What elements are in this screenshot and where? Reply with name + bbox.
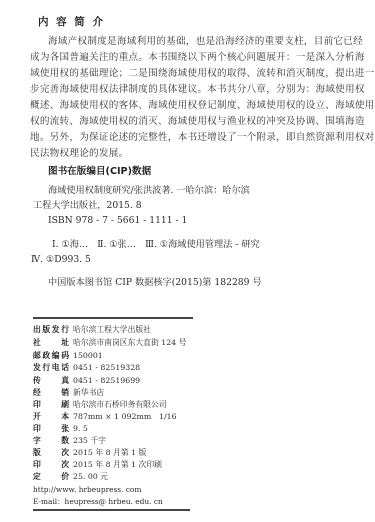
colophon-label: 社址 [33,338,69,348]
colophon-label: 经销 [33,388,69,398]
colophon-row: 字数235 千字 [33,436,106,446]
colophon-label: 印刷 [33,400,69,410]
bottom-divider [33,509,190,511]
top-divider [33,317,193,319]
colophon-label: 传真 [33,376,69,386]
colophon-row: 版次2015 年 8 月第 1 版 [33,448,146,458]
colophon-label: 印张 [33,424,69,434]
cip-classification: Ⅰ. ①海… Ⅱ. ①张… Ⅲ. ①海域使用管理法 - 研究 [52,239,260,251]
colophon-label: 邮政编码 [33,351,69,361]
colophon-value: 25. 00 元 [73,472,108,482]
colophon-value: 0451 - 82519699 [73,376,140,386]
cip-title-line: 海域使用权制度研究/张洪波著. 一哈尔滨：哈尔滨 [48,185,250,197]
colophon-row: 定价25. 00 元 [33,472,108,482]
colophon-row: 传真0451 - 82519699 [33,376,140,386]
colophon-row: 印刷哈尔滨市石桥印务有限公司 [33,400,167,410]
colophon-row: 邮政编码150001 [33,351,103,361]
summary-line: 民法物权理论的发展。 [30,148,128,160]
summary-line: 海域产权制度是海域利用的基础，也是沿海经济的重要支柱，目前它已经 [48,36,363,48]
colophon-value: 新华书店 [73,388,104,398]
colophon-value: 哈尔滨工程大学出版社 [73,325,151,335]
colophon-row: 印张9. 5 [33,424,88,434]
summary-title: 内 容 简 介 [38,14,105,29]
summary-line: 概述、海域使用权的客体、海域使用权登记制度、海域使用权的设立、海域使用 [30,100,375,112]
colophon-label: 字数 [33,436,69,446]
cip-record-number: 中国版本图书馆 CIP 数据核字(2015)第 182289 号 [48,277,262,289]
colophon-row: 经销新华书店 [33,388,104,398]
cip-publisher-line: 工程大学出版社，2015. 8 [33,200,142,212]
colophon-row: 开本787mm × 1 092mm 1/16 [33,412,177,422]
colophon-value: 2015 年 8 月第 1 版 [73,448,146,458]
cip-classification-code: Ⅳ. ①D993. 5 [31,254,91,266]
colophon-value: 150001 [73,351,103,361]
cip-isbn: ISBN 978 - 7 - 5661 - 1111 - 1 [48,215,187,227]
colophon-value: 9. 5 [73,424,88,434]
email-link[interactable]: E-mail：heupress@ hrbeu. edu. cn [33,496,163,507]
colophon-value: 哈尔滨市南岗区东大直街 124 号 [73,338,186,348]
colophon-label: 出版发行 [33,325,69,335]
summary-line: 域使用权的基础理论；二是围绕海域使用权的取得、流转和消灭制度，提出进一 [30,68,375,80]
colophon-row: 印次2015 年 8 月第 1 次印刷 [33,460,162,470]
colophon-label: 发行电话 [33,363,69,373]
colophon-value: 787mm × 1 092mm 1/16 [73,412,177,422]
colophon-row: 出版发行哈尔滨工程大学出版社 [33,325,151,335]
colophon-value: 0451 - 82519328 [73,363,140,373]
colophon-label: 印次 [33,460,69,470]
colophon-value: 哈尔滨市石桥印务有限公司 [73,400,167,410]
website-link[interactable]: http://www. hrbeupress. com [33,485,141,494]
colophon-row: 社址哈尔滨市南岗区东大直街 124 号 [33,338,186,348]
colophon-label: 版次 [33,448,69,458]
colophon-label: 定价 [33,472,69,482]
cip-title: 图书在版编目(CIP)数据 [48,163,151,177]
summary-line: 步完善海域使用权法律制度的具体建议。本书共分八章，分别为：海域使用权 [30,84,365,96]
summary-line: 权的流转、海域使用权的消灭、海域使用权与渔业权的冲突及协调、围填海造 [30,116,365,128]
colophon-label: 开本 [33,412,69,422]
summary-line: 成为各国普遍关注的重点。本书围绕以下两个核心问题展开：一是深入分析海 [30,52,365,64]
colophon-row: 发行电话0451 - 82519328 [33,363,140,373]
colophon-value: 2015 年 8 月第 1 次印刷 [73,460,162,470]
colophon-value: 235 千字 [73,436,106,446]
summary-line: 地。另外，为保证论述的完整性，本书还增设了一个附录，即自然资源利用权对 [30,132,375,144]
